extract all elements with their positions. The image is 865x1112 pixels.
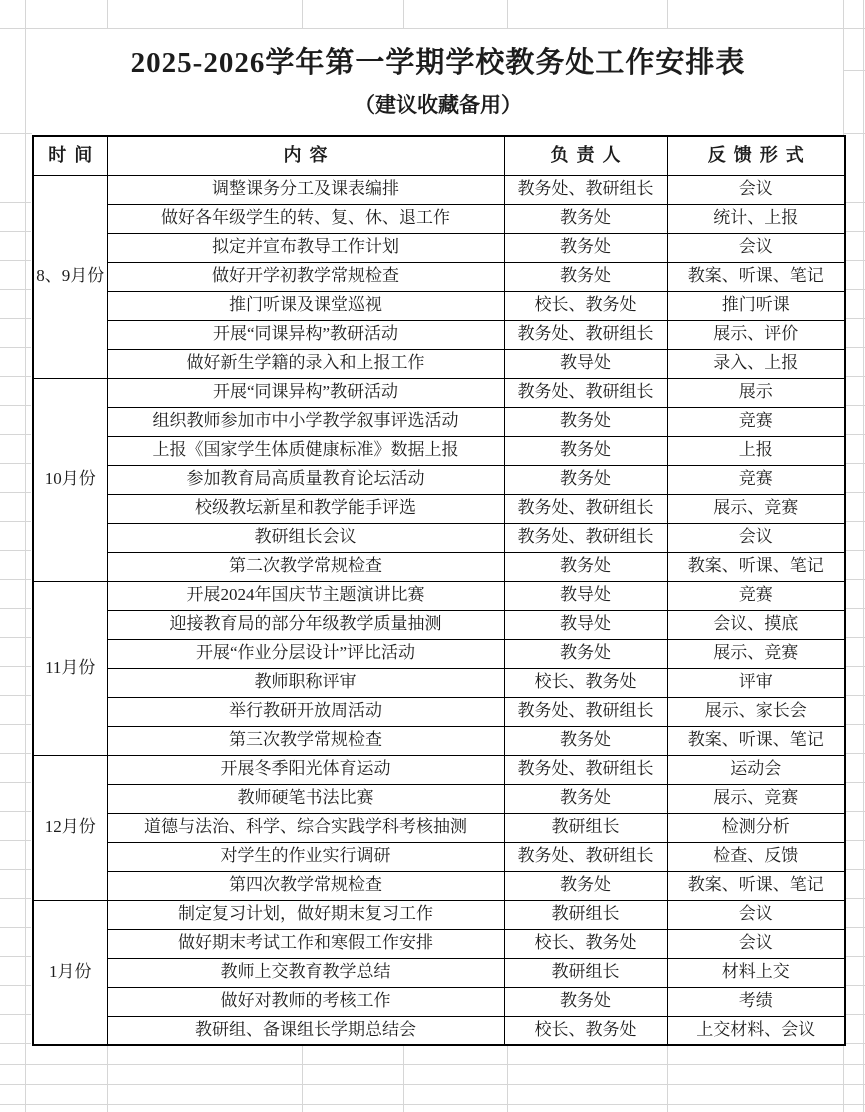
gridline (507, 0, 508, 28)
owner-cell: 教务处、教研组长 (504, 523, 667, 552)
feedback-cell: 统计、上报 (667, 204, 845, 233)
feedback-cell: 展示、家长会 (667, 697, 845, 726)
task-cell: 对学生的作业实行调研 (107, 842, 504, 871)
task-cell: 第三次教学常规检查 (107, 726, 504, 755)
gridline (403, 1044, 404, 1112)
owner-cell: 教导处 (504, 349, 667, 378)
table-row: 11月份开展2024年国庆节主题演讲比赛教导处竞赛 (33, 581, 845, 610)
feedback-cell: 考绩 (667, 987, 845, 1016)
header-content: 内容 (107, 136, 504, 175)
feedback-cell: 上报 (667, 436, 845, 465)
task-cell: 教师职称评审 (107, 668, 504, 697)
task-cell: 教师硬笔书法比赛 (107, 784, 504, 813)
gridline (107, 1044, 108, 1112)
owner-cell: 教务处 (504, 726, 667, 755)
owner-cell: 教研组长 (504, 813, 667, 842)
header-time: 时间 (33, 136, 107, 175)
owner-cell: 教务处 (504, 987, 667, 1016)
owner-cell: 教务处 (504, 552, 667, 581)
table-row: 第二次教学常规检查教务处教案、听课、笔记 (33, 552, 845, 581)
feedback-cell: 上交材料、会议 (667, 1016, 845, 1045)
owner-cell: 校长、教务处 (504, 668, 667, 697)
feedback-cell: 会议 (667, 233, 845, 262)
spreadsheet-page: 2025-2026学年第一学期学校教务处工作安排表 （建议收藏备用） 时间 内容… (0, 0, 865, 1112)
task-cell: 第二次教学常规检查 (107, 552, 504, 581)
header-feedback: 反馈形式 (667, 136, 845, 175)
page-subtitle: （建议收藏备用） (354, 93, 522, 117)
table-row: 对学生的作业实行调研教务处、教研组长检查、反馈 (33, 842, 845, 871)
owner-cell: 校长、教务处 (504, 291, 667, 320)
feedback-cell: 会议 (667, 523, 845, 552)
table-row: 教研组长会议教务处、教研组长会议 (33, 523, 845, 552)
task-cell: 拟定并宣布教导工作计划 (107, 233, 504, 262)
table-row: 教师上交教育教学总结教研组长材料上交 (33, 958, 845, 987)
task-cell: 教研组长会议 (107, 523, 504, 552)
gridline (507, 1044, 508, 1112)
gridline (844, 133, 865, 134)
table-row: 开展“同课异构”教研活动教务处、教研组长展示、评价 (33, 320, 845, 349)
title-block: 2025-2026学年第一学期学校教务处工作安排表 （建议收藏备用） (32, 28, 844, 135)
task-cell: 教研组、备课组长学期总结会 (107, 1016, 504, 1045)
feedback-cell: 展示、竞赛 (667, 494, 845, 523)
feedback-cell: 教案、听课、笔记 (667, 871, 845, 900)
owner-cell: 校长、教务处 (504, 1016, 667, 1045)
gridline (107, 0, 108, 28)
header-owner: 负责人 (504, 136, 667, 175)
feedback-cell: 材料上交 (667, 958, 845, 987)
feedback-cell: 教案、听课、笔记 (667, 262, 845, 291)
gridline (844, 70, 865, 71)
time-cell: 10月份 (33, 378, 107, 581)
task-cell: 举行教研开放周活动 (107, 697, 504, 726)
feedback-cell: 竞赛 (667, 407, 845, 436)
task-cell: 上报《国家学生体质健康标准》数据上报 (107, 436, 504, 465)
table-row: 12月份开展冬季阳光体育运动教务处、教研组长运动会 (33, 755, 845, 784)
task-cell: 第四次教学常规检查 (107, 871, 504, 900)
task-cell: 做好开学初教学常规检查 (107, 262, 504, 291)
feedback-cell: 评审 (667, 668, 845, 697)
table-row: 开展“作业分层设计”评比活动教务处展示、竞赛 (33, 639, 845, 668)
table-row: 教师硬笔书法比赛教务处展示、竞赛 (33, 784, 845, 813)
feedback-cell: 展示、评价 (667, 320, 845, 349)
table-row: 做好新生学籍的录入和上报工作教导处录入、上报 (33, 349, 845, 378)
table-row: 组织教师参加市中小学教学叙事评选活动教务处竞赛 (33, 407, 845, 436)
table-row: 迎接教育局的部分年级教学质量抽测教导处会议、摸底 (33, 610, 845, 639)
margin-row-gridlines (0, 174, 31, 1044)
table-row: 做好对教师的考核工作教务处考绩 (33, 987, 845, 1016)
table-row: 道德与法治、科学、综合实践学科考核抽测教研组长检测分析 (33, 813, 845, 842)
table-row: 上报《国家学生体质健康标准》数据上报教务处上报 (33, 436, 845, 465)
time-cell: 11月份 (33, 581, 107, 755)
owner-cell: 教务处 (504, 233, 667, 262)
header-row: 时间 内容 负责人 反馈形式 (33, 136, 845, 175)
table-row: 做好期末考试工作和寒假工作安排校长、教务处会议 (33, 929, 845, 958)
owner-cell: 教务处 (504, 436, 667, 465)
table-row: 做好开学初教学常规检查教务处教案、听课、笔记 (33, 262, 845, 291)
gridline (667, 0, 668, 28)
table-row: 拟定并宣布教导工作计划教务处会议 (33, 233, 845, 262)
feedback-cell: 教案、听课、笔记 (667, 552, 845, 581)
gridline (403, 0, 404, 28)
task-cell: 推门听课及课堂巡视 (107, 291, 504, 320)
task-cell: 组织教师参加市中小学教学叙事评选活动 (107, 407, 504, 436)
task-cell: 开展冬季阳光体育运动 (107, 755, 504, 784)
owner-cell: 教务处、教研组长 (504, 842, 667, 871)
table-row: 参加教育局高质量教育论坛活动教务处竞赛 (33, 465, 845, 494)
page-title: 2025-2026学年第一学期学校教务处工作安排表 (131, 48, 746, 78)
feedback-cell: 教案、听课、笔记 (667, 726, 845, 755)
feedback-cell: 检查、反馈 (667, 842, 845, 871)
feedback-cell: 会议 (667, 929, 845, 958)
task-cell: 参加教育局高质量教育论坛活动 (107, 465, 504, 494)
margin-row-gridlines (845, 174, 865, 1044)
owner-cell: 校长、教务处 (504, 929, 667, 958)
task-cell: 迎接教育局的部分年级教学质量抽测 (107, 610, 504, 639)
table-row: 教师职称评审校长、教务处评审 (33, 668, 845, 697)
table-row: 做好各年级学生的转、复、休、退工作教务处统计、上报 (33, 204, 845, 233)
owner-cell: 教务处 (504, 639, 667, 668)
schedule-table: 时间 内容 负责人 反馈形式 8、9月份调整课务分工及课表编排教务处、教研组长会… (32, 135, 846, 1046)
feedback-cell: 竞赛 (667, 581, 845, 610)
task-cell: 做好各年级学生的转、复、休、退工作 (107, 204, 504, 233)
gridline (0, 133, 32, 134)
task-cell: 开展“同课异构”教研活动 (107, 378, 504, 407)
owner-cell: 教务处 (504, 262, 667, 291)
owner-cell: 教务处、教研组长 (504, 320, 667, 349)
owner-cell: 教务处、教研组长 (504, 175, 667, 204)
owner-cell: 教务处、教研组长 (504, 494, 667, 523)
owner-cell: 教研组长 (504, 900, 667, 929)
feedback-cell: 运动会 (667, 755, 845, 784)
feedback-cell: 会议、摸底 (667, 610, 845, 639)
feedback-cell: 推门听课 (667, 291, 845, 320)
gridline (667, 1044, 668, 1112)
task-cell: 做好对教师的考核工作 (107, 987, 504, 1016)
task-cell: 校级教坛新星和教学能手评选 (107, 494, 504, 523)
owner-cell: 教研组长 (504, 958, 667, 987)
task-cell: 调整课务分工及课表编排 (107, 175, 504, 204)
table-row: 校级教坛新星和教学能手评选教务处、教研组长展示、竞赛 (33, 494, 845, 523)
owner-cell: 教务处、教研组长 (504, 755, 667, 784)
feedback-cell: 展示 (667, 378, 845, 407)
task-cell: 道德与法治、科学、综合实践学科考核抽测 (107, 813, 504, 842)
task-cell: 开展2024年国庆节主题演讲比赛 (107, 581, 504, 610)
feedback-cell: 检测分析 (667, 813, 845, 842)
feedback-cell: 展示、竞赛 (667, 639, 845, 668)
owner-cell: 教务处、教研组长 (504, 378, 667, 407)
table-row: 第三次教学常规检查教务处教案、听课、笔记 (33, 726, 845, 755)
owner-cell: 教务处 (504, 871, 667, 900)
task-cell: 开展“作业分层设计”评比活动 (107, 639, 504, 668)
table-row: 1月份制定复习计划，做好期末复习工作教研组长会议 (33, 900, 845, 929)
table-row: 8、9月份调整课务分工及课表编排教务处、教研组长会议 (33, 175, 845, 204)
table-row: 举行教研开放周活动教务处、教研组长展示、家长会 (33, 697, 845, 726)
owner-cell: 教导处 (504, 610, 667, 639)
table-row: 教研组、备课组长学期总结会校长、教务处上交材料、会议 (33, 1016, 845, 1045)
gridline (0, 1104, 865, 1105)
task-cell: 教师上交教育教学总结 (107, 958, 504, 987)
gridline (0, 1064, 865, 1065)
owner-cell: 教务处 (504, 204, 667, 233)
owner-cell: 教务处 (504, 784, 667, 813)
gridline (302, 0, 303, 28)
table-row: 第四次教学常规检查教务处教案、听课、笔记 (33, 871, 845, 900)
gridline (0, 1084, 865, 1085)
feedback-cell: 会议 (667, 900, 845, 929)
gridline (302, 1044, 303, 1112)
feedback-cell: 展示、竞赛 (667, 784, 845, 813)
feedback-cell: 会议 (667, 175, 845, 204)
owner-cell: 教务处 (504, 407, 667, 436)
owner-cell: 教务处、教研组长 (504, 697, 667, 726)
owner-cell: 教导处 (504, 581, 667, 610)
task-cell: 做好新生学籍的录入和上报工作 (107, 349, 504, 378)
time-cell: 8、9月份 (33, 175, 107, 378)
owner-cell: 教务处 (504, 465, 667, 494)
task-cell: 开展“同课异构”教研活动 (107, 320, 504, 349)
time-cell: 12月份 (33, 755, 107, 900)
task-cell: 做好期末考试工作和寒假工作安排 (107, 929, 504, 958)
time-cell: 1月份 (33, 900, 107, 1045)
task-cell: 制定复习计划，做好期末复习工作 (107, 900, 504, 929)
feedback-cell: 录入、上报 (667, 349, 845, 378)
feedback-cell: 竞赛 (667, 465, 845, 494)
table-row: 推门听课及课堂巡视校长、教务处推门听课 (33, 291, 845, 320)
gridline (843, 1044, 844, 1112)
table-row: 10月份开展“同课异构”教研活动教务处、教研组长展示 (33, 378, 845, 407)
